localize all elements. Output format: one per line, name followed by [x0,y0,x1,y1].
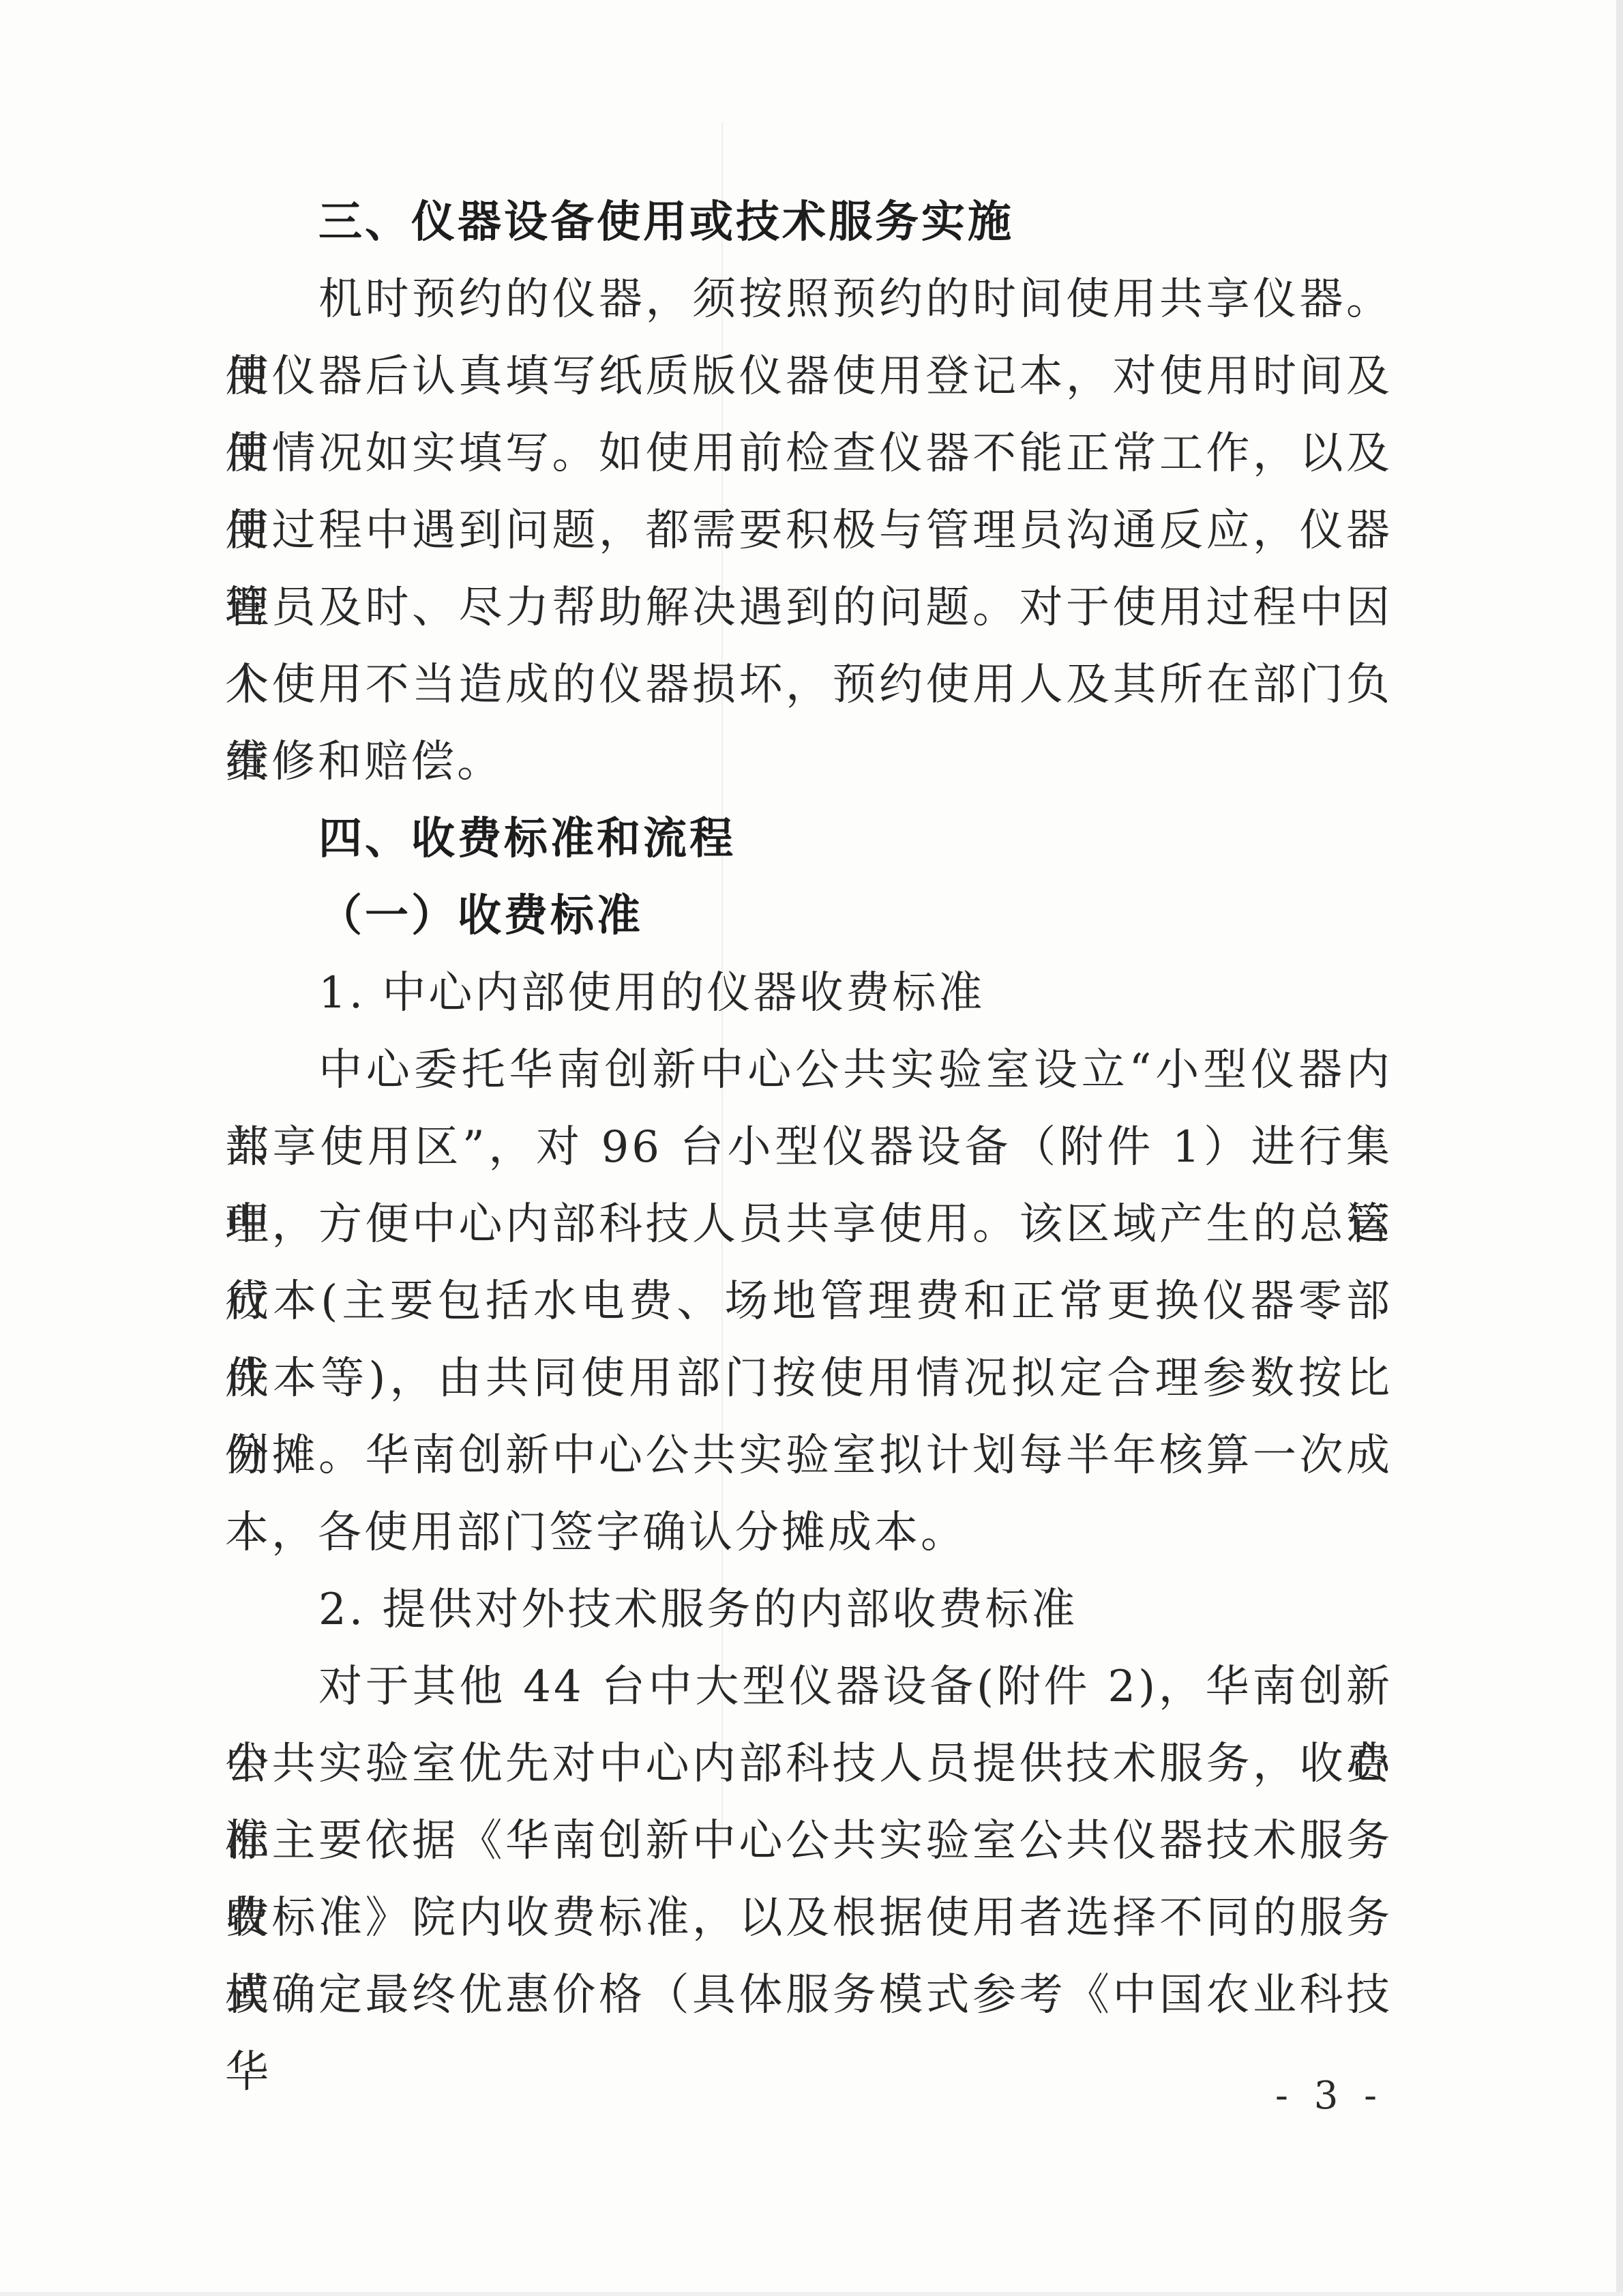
document-content: 三、仪器设备使用或技术服务实施 机时预约的仪器，须按照预约的时间使用共享仪器。使… [225,184,1393,2034]
paragraph-line: 费标准》院内收费标准，以及根据使用者选择不同的服务模 [225,1880,1393,1957]
paragraph-line: 人使用不当造成的仪器损坏，预约使用人及其所在部门负责 [225,647,1393,724]
scan-edge-right [1616,0,1623,2296]
paragraph-line: 中心委托华南创新中心公共实验室设立“小型仪器内部 [225,1032,1393,1109]
page-number: - 3 - [1275,2074,1384,2118]
paragraph-end-line: 维修和赔偿。 [225,724,1393,801]
scan-edge-bottom [0,2292,1623,2296]
paragraph-line: 理员及时、尽力帮助解决遇到的问题。对于使用过程中因个 [225,570,1393,647]
paragraph-line: 共享使用区”，对 96 台小型仪器设备（附件 1）进行集中管 [225,1109,1393,1186]
paragraph-line: 对于其他 44 台中大型仪器设备(附件 2)，华南创新中心 [225,1649,1393,1726]
paragraph-line: 理，方便中心内部科技人员共享使用。该区域产生的总运行 [225,1186,1393,1263]
paragraph-line: 成本(主要包括水电费、场地管理费和正常更换仪器零部件 [225,1263,1393,1340]
paragraph-line: 用过程中遇到问题，都需要积极与管理员沟通反应，仪器管 [225,492,1393,570]
paragraph-line: 准主要依据《华南创新中心公共实验室公共仪器技术服务收 [225,1803,1393,1880]
paragraph-line: 用情况如实填写。如使用前检查仪器不能正常工作，以及使 [225,415,1393,492]
paragraph-line: 公共实验室优先对中心内部科技人员提供技术服务，收费标 [225,1726,1393,1803]
paragraph-line: 式确定最终优惠价格（具体服务模式参考《中国农业科技华 [225,1957,1393,2034]
paragraph-end-line: 本，各使用部门签字确认分摊成本。 [225,1495,1393,1572]
paragraph-line: 机时预约的仪器，须按照预约的时间使用共享仪器。使 [225,261,1393,338]
heading-subsection-1: （一）收费标准 [225,878,1393,955]
list-item-2: 2. 提供对外技术服务的内部收费标准 [225,1572,1393,1649]
heading-section-3: 三、仪器设备使用或技术服务实施 [225,184,1393,261]
document-page: 三、仪器设备使用或技术服务实施 机时预约的仪器，须按照预约的时间使用共享仪器。使… [0,0,1623,2296]
paragraph-line: 分摊。华南创新中心公共实验室拟计划每半年核算一次成 [225,1417,1393,1495]
list-item-1: 1. 中心内部使用的仪器收费标准 [225,955,1393,1032]
heading-section-4: 四、收费标准和流程 [225,801,1393,878]
paragraph-line: 成本等)，由共同使用部门按使用情况拟定合理参数按比例 [225,1340,1393,1417]
paragraph-line: 用仪器后认真填写纸质版仪器使用登记本，对使用时间及使 [225,338,1393,415]
